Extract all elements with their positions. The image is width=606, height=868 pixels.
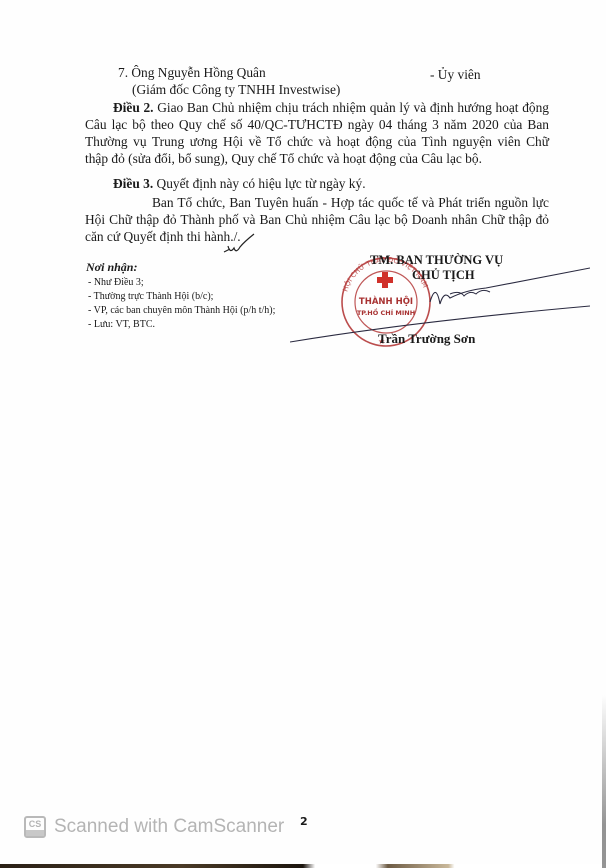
signer-name: Trần Trường Sơn [378, 331, 475, 347]
member-7-role: - Ủy viên [430, 66, 481, 83]
document-page: 7. Ông Nguyễn Hồng Quân - Ủy viên (Giám … [0, 0, 606, 868]
signature-title-line-1: TM. BAN THƯỜNG VỤ [370, 253, 503, 268]
recipient-item: - Thường trực Thành Hội (b/c); [88, 291, 213, 302]
camscanner-watermark: CS Scanned with CamScanner [24, 816, 284, 838]
article-2-line-3: Thường vụ Trung ương Hội về Tổ chức và h… [85, 133, 549, 150]
article-3-line-4: căn cứ Quyết định thi hành./. [85, 228, 241, 245]
article-3-line-1: Điều 3. Quyết định này có hiệu lực từ ng… [113, 175, 366, 192]
member-7-name: 7. Ông Nguyễn Hồng Quân [118, 64, 266, 81]
recipient-item: - Lưu: VT, BTC. [88, 319, 155, 330]
watermark-text: Scanned with CamScanner [54, 816, 284, 838]
article-3-label: Điều 3. [113, 176, 153, 191]
article-2-line-4: thập đỏ (sửa đổi, bổ sung), Quy chế Tổ c… [85, 150, 482, 167]
camscanner-logo-icon: CS [24, 816, 46, 838]
recipient-item: - Như Điều 3; [88, 277, 144, 288]
scan-right-edge [602, 0, 606, 868]
recipient-item: - VP, các ban chuyên môn Thành Hội (p/h … [88, 305, 275, 316]
scan-bottom-edge [0, 864, 606, 868]
signature-title-line-2: CHỦ TỊCH [412, 268, 475, 283]
member-7-title: (Giám đốc Công ty TNHH Investwise) [132, 81, 340, 98]
article-2-label: Điều 2. [113, 100, 154, 115]
initials-scribble-icon [222, 232, 256, 256]
article-2-line-2: Câu lạc bộ theo Quy chế số 40/QC-TƯHCTĐ … [85, 116, 549, 133]
page-number: 2 [300, 815, 308, 828]
article-3-line-2: Ban Tổ chức, Ban Tuyên huấn - Hợp tác qu… [152, 194, 549, 211]
recipients-title: Nơi nhận: [86, 260, 137, 275]
article-3-line-3: Hội Chữ thập đỏ Thành phố và Ban Chủ nhi… [85, 211, 549, 228]
article-2-line-1: Điều 2. Giao Ban Chủ nhiệm chịu trách nh… [113, 99, 549, 116]
